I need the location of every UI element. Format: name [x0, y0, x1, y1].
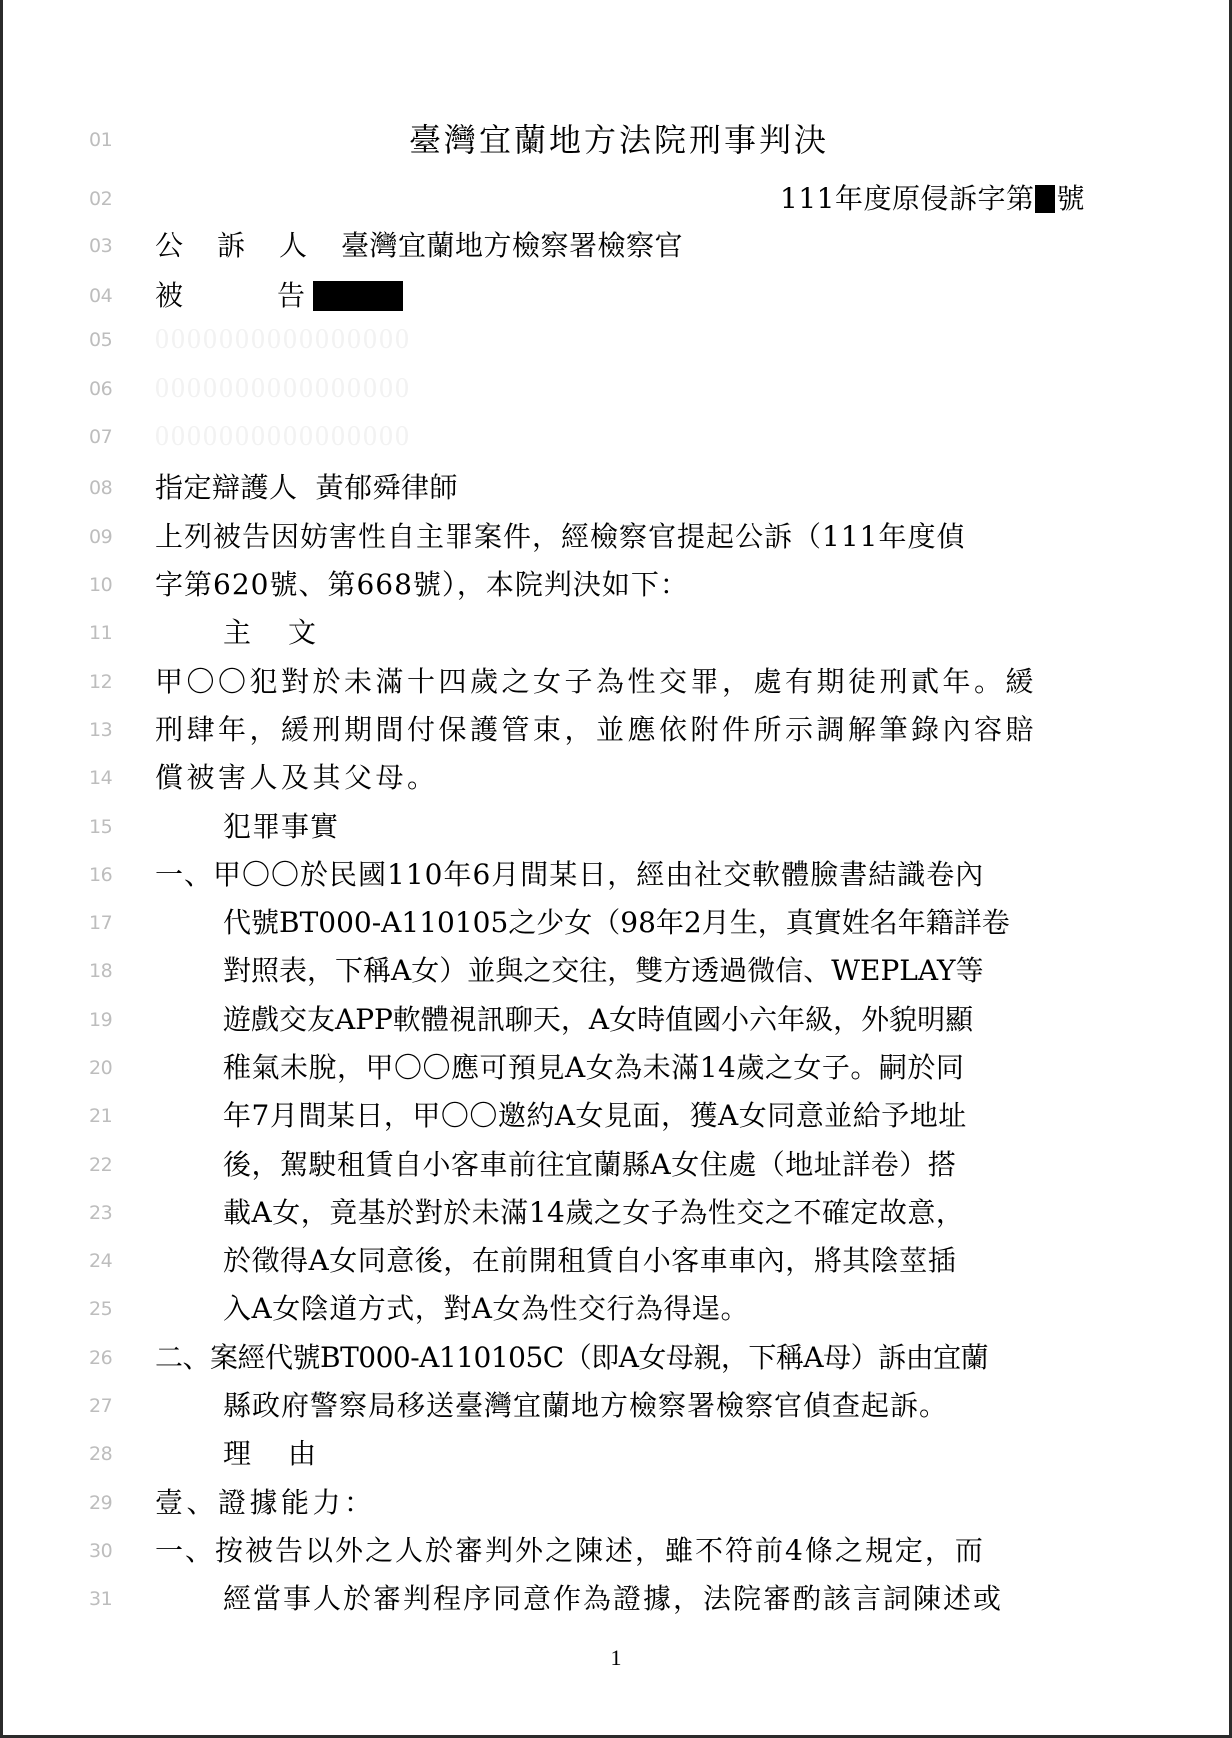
line-number: 31 — [89, 1575, 129, 1623]
line-22: 22 後，駕駛租賃自小客車前往宜蘭縣A女住處（地址詳卷）搭 — [3, 1141, 1232, 1189]
body-text: 字第620號、第668號），本院判決如下： — [155, 561, 1085, 609]
line-21: 21 年7月間某日，甲〇〇邀約A女見面，獲A女同意並給予地址 — [3, 1092, 1232, 1140]
line-number: 28 — [89, 1430, 129, 1478]
body-text: 載A女，竟基於對於未滿14歲之女子為性交之不確定故意， — [223, 1189, 1085, 1237]
section-heading-reasons: 理 由 — [223, 1430, 1085, 1478]
line-29: 29 壹、證據能力： — [3, 1479, 1232, 1527]
body-text: 縣政府警察局移送臺灣宜蘭地方檢察署檢察官偵查起訴。 — [223, 1382, 1085, 1430]
line-number: 06 — [89, 365, 129, 413]
line-number: 15 — [89, 803, 129, 851]
line-number: 26 — [89, 1334, 129, 1382]
line-number: 10 — [89, 561, 129, 609]
line-number: 18 — [89, 947, 129, 995]
line-number: 29 — [89, 1479, 129, 1527]
line-02: 02 111年度原侵訴字第號 — [3, 175, 1232, 223]
prosecutor-value: 臺灣宜蘭地方檢察署檢察官 — [341, 229, 683, 262]
line-number: 25 — [89, 1285, 129, 1333]
line-number: 21 — [89, 1092, 129, 1140]
line-18: 18 對照表，下稱A女）並與之交往，雙方透過微信、WEPLAY等 — [3, 947, 1232, 995]
prosecutor-label-char: 訴 — [217, 229, 245, 262]
body-text: 二、案經代號BT000-A110105C（即A女母親，下稱A母）訴由宜蘭 — [155, 1334, 1085, 1382]
line-05: 05 0000000000000000 — [3, 316, 1232, 364]
defense-row: 指定辯護人黃郁舜律師 — [155, 464, 1085, 512]
line-03: 03 公訴人臺灣宜蘭地方檢察署檢察官 — [3, 222, 1232, 270]
body-text: 一、甲〇〇於民國110年6月間某日，經由社交軟體臉書結識卷內 — [155, 851, 1085, 899]
body-text: 後，駕駛租賃自小客車前往宜蘭縣A女住處（地址詳卷）搭 — [223, 1141, 1085, 1189]
redaction-box-case-number — [1035, 185, 1055, 213]
line-number: 22 — [89, 1141, 129, 1189]
line-number: 23 — [89, 1189, 129, 1237]
line-09: 09 上列被告因妨害性自主罪案件，經檢察官提起公訴（111年度偵 — [3, 513, 1232, 561]
line-08: 08 指定辯護人黃郁舜律師 — [3, 464, 1232, 512]
placeholder-text: 0000000000000000 — [155, 365, 1085, 413]
line-number: 16 — [89, 851, 129, 899]
body-text: 對照表，下稱A女）並與之交往，雙方透過微信、WEPLAY等 — [223, 947, 1085, 995]
case-number: 111年度原侵訴字第號 — [780, 175, 1085, 223]
line-number: 27 — [89, 1382, 129, 1430]
body-text: 甲〇〇犯對於未滿十四歲之女子為性交罪，處有期徒刑貳年。緩 — [155, 658, 1085, 706]
line-number: 11 — [89, 609, 129, 657]
body-text: 年7月間某日，甲〇〇邀約A女見面，獲A女同意並給予地址 — [223, 1092, 1085, 1140]
line-number: 09 — [89, 513, 129, 561]
line-14: 14 償被害人及其父母。 — [3, 754, 1232, 802]
body-text: 代號BT000-A110105之少女（98年2月生，真實姓名年籍詳卷 — [223, 899, 1085, 947]
redaction-box-defendant-name — [313, 281, 403, 311]
section-heading-main-text: 主 文 — [223, 609, 1085, 657]
line-number: 07 — [89, 413, 129, 461]
line-17: 17 代號BT000-A110105之少女（98年2月生，真實姓名年籍詳卷 — [3, 899, 1232, 947]
prosecutor-label-char: 人 — [279, 229, 307, 262]
defendant-label-char: 被 — [155, 279, 183, 312]
placeholder-text: 0000000000000000 — [155, 316, 1085, 364]
line-26: 26 二、案經代號BT000-A110105C（即A女母親，下稱A母）訴由宜蘭 — [3, 1334, 1232, 1382]
line-11: 11 主 文 — [3, 609, 1232, 657]
line-30: 30 一、按被告以外之人於審判外之陳述，雖不符前4條之規定，而 — [3, 1527, 1232, 1575]
line-20: 20 稚氣未脫，甲〇〇應可預見A女為未滿14歲之女子。嗣於同 — [3, 1044, 1232, 1092]
page-number: 1 — [3, 1645, 1229, 1671]
body-text: 刑肆年，緩刑期間付保護管束，並應依附件所示調解筆錄內容賠 — [155, 706, 1085, 754]
defense-label: 指定辯護人 — [155, 471, 298, 504]
line-13: 13 刑肆年，緩刑期間付保護管束，並應依附件所示調解筆錄內容賠 — [3, 706, 1232, 754]
line-number: 17 — [89, 899, 129, 947]
body-text: 經當事人於審判程序同意作為證據，法院審酌該言詞陳述或 — [223, 1575, 1085, 1623]
body-text: 稚氣未脫，甲〇〇應可預見A女為未滿14歲之女子。嗣於同 — [223, 1044, 1085, 1092]
body-text: 上列被告因妨害性自主罪案件，經檢察官提起公訴（111年度偵 — [155, 513, 1085, 561]
line-number: 13 — [89, 706, 129, 754]
line-number: 05 — [89, 316, 129, 364]
defendant-label-char: 告 — [277, 279, 305, 312]
line-number: 08 — [89, 464, 129, 512]
prosecutor-row: 公訴人臺灣宜蘭地方檢察署檢察官 — [155, 222, 1085, 270]
line-number: 20 — [89, 1044, 129, 1092]
line-16: 16 一、甲〇〇於民國110年6月間某日，經由社交軟體臉書結識卷內 — [3, 851, 1232, 899]
line-27: 27 縣政府警察局移送臺灣宜蘭地方檢察署檢察官偵查起訴。 — [3, 1382, 1232, 1430]
line-number: 03 — [89, 222, 129, 270]
line-25: 25 入A女陰道方式，對A女為性交行為得逞。 — [3, 1285, 1232, 1333]
body-text: 一、按被告以外之人於審判外之陳述，雖不符前4條之規定，而 — [155, 1527, 1085, 1575]
line-number: 12 — [89, 658, 129, 706]
section-heading-facts: 犯罪事實 — [223, 803, 1085, 851]
body-text: 入A女陰道方式，對A女為性交行為得逞。 — [223, 1285, 1085, 1333]
line-15: 15 犯罪事實 — [3, 803, 1232, 851]
body-text: 壹、證據能力： — [155, 1479, 1085, 1527]
line-28: 28 理 由 — [3, 1430, 1232, 1478]
defense-value: 黃郁舜律師 — [316, 471, 459, 504]
placeholder-text: 0000000000000000 — [155, 413, 1085, 461]
line-number: 19 — [89, 996, 129, 1044]
line-10: 10 字第620號、第668號），本院判決如下： — [3, 561, 1232, 609]
document-page: 01 臺灣宜蘭地方法院刑事判決 02 111年度原侵訴字第號 03 公訴人臺灣宜… — [0, 0, 1232, 1738]
line-06: 06 0000000000000000 — [3, 365, 1232, 413]
case-number-prefix: 111年度原侵訴字第 — [780, 182, 1034, 215]
line-number: 04 — [89, 272, 129, 320]
line-number: 24 — [89, 1237, 129, 1285]
line-07: 07 0000000000000000 — [3, 413, 1232, 461]
defendant-row: 被告 — [155, 272, 1085, 320]
body-text: 遊戲交友APP軟體視訊聊天，A女時值國小六年級，外貌明顯 — [223, 996, 1085, 1044]
line-31: 31 經當事人於審判程序同意作為證據，法院審酌該言詞陳述或 — [3, 1575, 1232, 1623]
body-text: 於徵得A女同意後，在前開租賃自小客車車內，將其陰莖插 — [223, 1237, 1085, 1285]
prosecutor-label-char: 公 — [155, 229, 183, 262]
line-number: 14 — [89, 754, 129, 802]
line-number: 30 — [89, 1527, 129, 1575]
body-text: 償被害人及其父母。 — [155, 754, 1085, 802]
court-title: 臺灣宜蘭地方法院刑事判決 — [3, 116, 1232, 164]
line-01: 01 臺灣宜蘭地方法院刑事判決 — [3, 116, 1232, 164]
line-04: 04 被告 — [3, 272, 1232, 320]
line-19: 19 遊戲交友APP軟體視訊聊天，A女時值國小六年級，外貌明顯 — [3, 996, 1232, 1044]
line-12: 12 甲〇〇犯對於未滿十四歲之女子為性交罪，處有期徒刑貳年。緩 — [3, 658, 1232, 706]
line-number: 02 — [89, 175, 129, 223]
case-number-suffix: 號 — [1056, 182, 1085, 215]
line-24: 24 於徵得A女同意後，在前開租賃自小客車車內，將其陰莖插 — [3, 1237, 1232, 1285]
line-23: 23 載A女，竟基於對於未滿14歲之女子為性交之不確定故意， — [3, 1189, 1232, 1237]
